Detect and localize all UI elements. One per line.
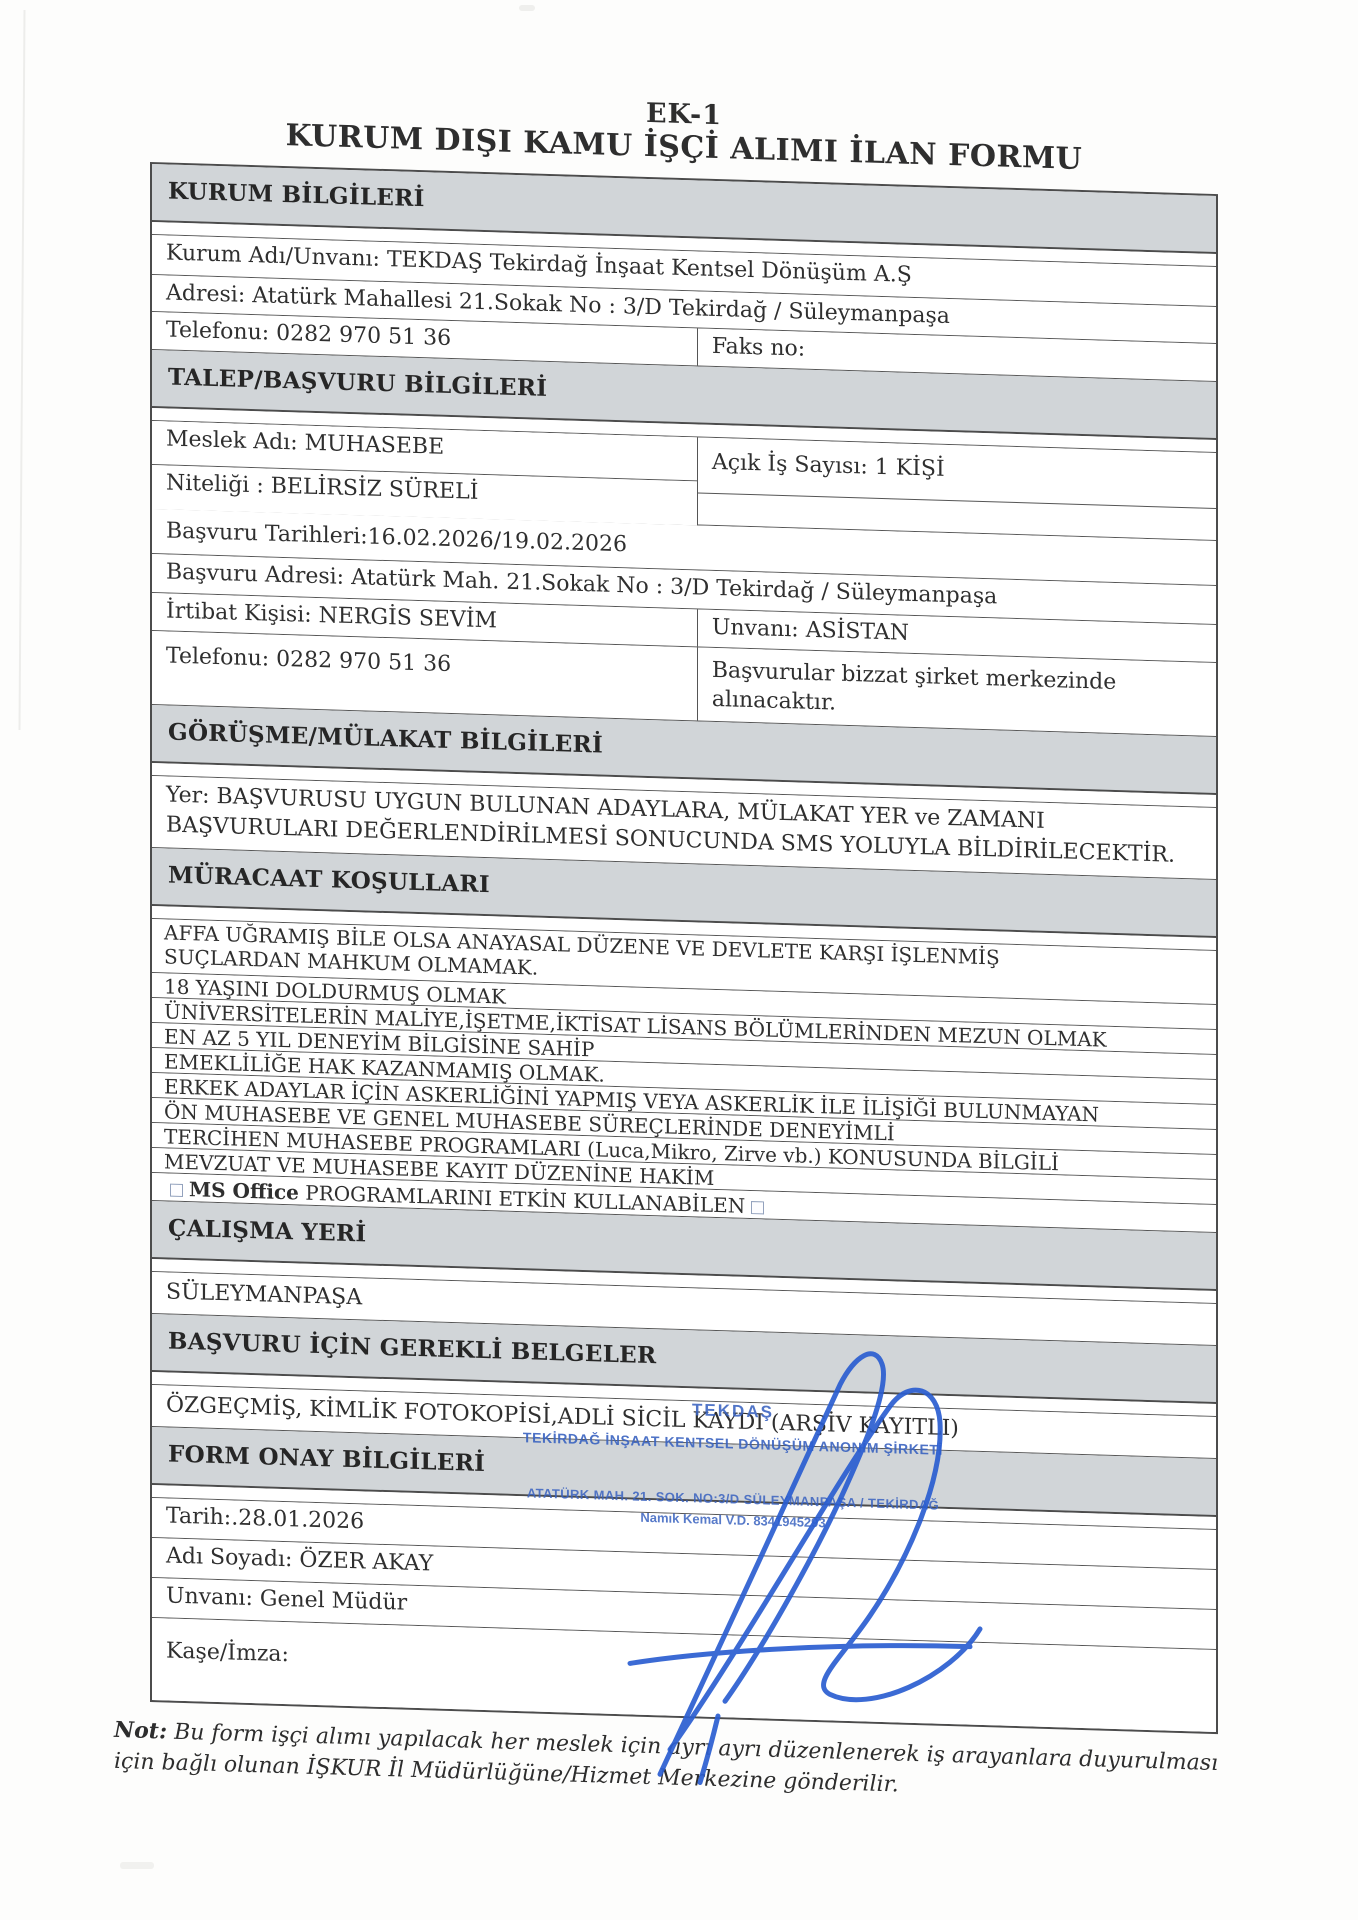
col-meslek-niteligi: Meslek Adı: MUHASEBE Niteliği : BELİRSİZ… bbox=[152, 421, 698, 525]
scan-artifact-smudge bbox=[120, 1862, 154, 1869]
col-acik-is: Açık İş Sayısı: 1 KİŞİ bbox=[698, 437, 1216, 541]
ms-office-bold-text: MS Office bbox=[189, 1177, 299, 1204]
field-basvuru-sekli: Başvurular bizzat şirket merkezinde alın… bbox=[698, 647, 1216, 736]
scan-artifact-dot bbox=[519, 5, 535, 11]
footer-note-text: Bu form işçi alımı yapılacak her meslek … bbox=[114, 1720, 1218, 1798]
scan-artifact-line bbox=[18, 10, 25, 730]
checkbox-icon bbox=[170, 1184, 183, 1197]
form-sheet: EK-1 KURUM DIŞI KAMU İŞÇİ ALIMI İLAN FOR… bbox=[150, 84, 1218, 1810]
footer-note-label: Not: bbox=[114, 1717, 167, 1745]
checkbox-icon bbox=[751, 1201, 764, 1214]
form-table: KURUM BİLGİLERİ Kurum Adı/Unvanı: TEKDAŞ… bbox=[150, 162, 1218, 1734]
scanned-form-page: { "doc": { "ek_label": "EK-1", "title": … bbox=[0, 0, 1358, 1920]
